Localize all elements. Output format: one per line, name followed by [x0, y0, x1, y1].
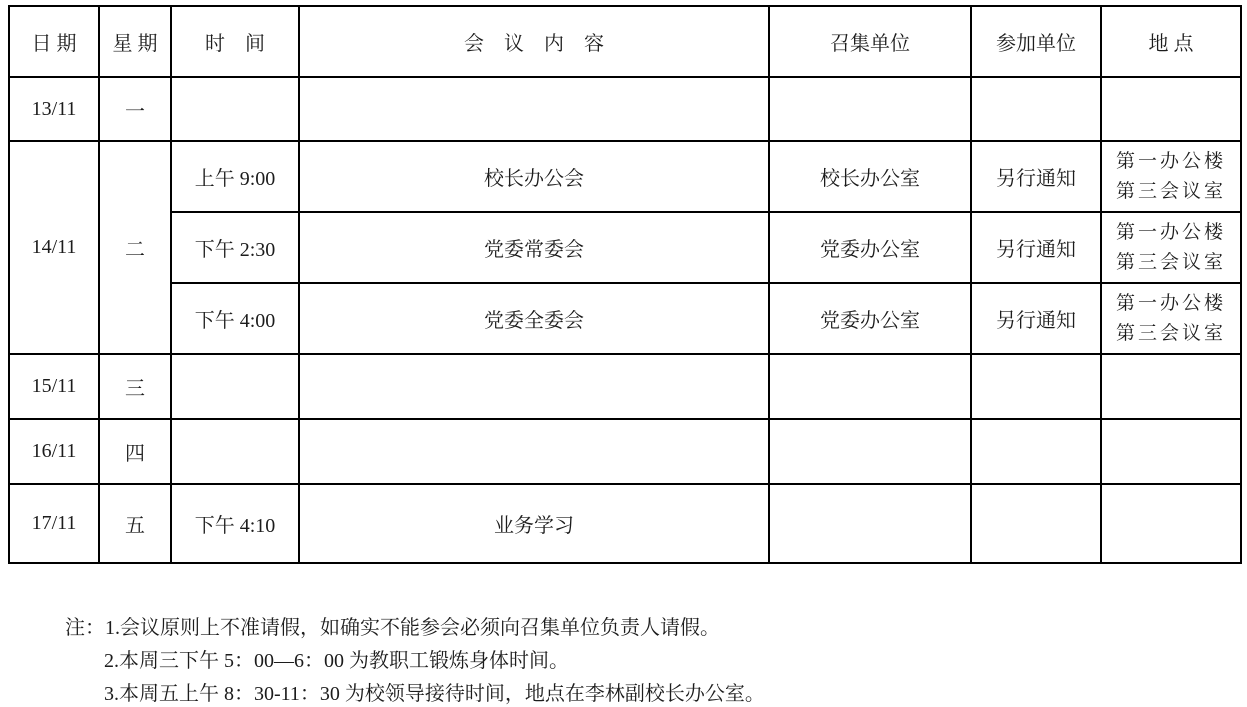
table-header-row: 日 期 星 期 时 间 会 议 内 容 召集单位 参加单位 地 点: [9, 6, 1241, 77]
location-cell: [1101, 419, 1241, 484]
header-content: 会 议 内 容: [299, 6, 769, 77]
location-line-1: 第一办公楼: [1104, 218, 1238, 247]
header-weekday: 星 期: [99, 6, 171, 77]
content-cell: 党委常委会: [299, 212, 769, 283]
header-location: 地 点: [1101, 6, 1241, 77]
time-cell: 下午 4:10: [171, 484, 299, 563]
note-line-2: 2.本周三下午 5：00—6：00 为教职工锻炼身体时间。: [104, 645, 765, 678]
table-row: 15/11 三: [9, 354, 1241, 419]
location-line-1: 第一办公楼: [1104, 289, 1238, 318]
location-cell: 第一办公楼 第三会议室: [1101, 212, 1241, 283]
convener-cell: 党委办公室: [769, 283, 971, 354]
location-cell: 第一办公楼 第三会议室: [1101, 141, 1241, 212]
meeting-schedule-sheet: 日 期 星 期 时 间 会 议 内 容 召集单位 参加单位 地 点 13/11 …: [0, 0, 1247, 707]
time-cell: 下午 2:30: [171, 212, 299, 283]
weekday-cell: 二: [99, 141, 171, 354]
convener-cell: [769, 77, 971, 141]
participants-cell: 另行通知: [971, 212, 1101, 283]
convener-cell: [769, 419, 971, 484]
location-line-2: 第三会议室: [1104, 248, 1238, 277]
convener-cell: [769, 484, 971, 563]
time-cell: [171, 77, 299, 141]
participants-cell: [971, 354, 1101, 419]
participants-cell: 另行通知: [971, 283, 1101, 354]
location-cell: [1101, 354, 1241, 419]
location-cell: [1101, 77, 1241, 141]
location-line-2: 第三会议室: [1104, 177, 1238, 206]
note-text-1: 1.会议原则上不准请假，如确实不能参会必须向召集单位负责人请假。: [105, 617, 720, 639]
note-line-1: 注：1.会议原则上不准请假，如确实不能参会必须向召集单位负责人请假。: [65, 612, 765, 645]
content-cell: 校长办公会: [299, 141, 769, 212]
convener-cell: 党委办公室: [769, 212, 971, 283]
location-line-2: 第三会议室: [1104, 319, 1238, 348]
participants-cell: [971, 484, 1101, 563]
date-cell: 14/11: [9, 141, 99, 354]
date-cell: 17/11: [9, 484, 99, 563]
location-cell: 第一办公楼 第三会议室: [1101, 283, 1241, 354]
time-cell: [171, 354, 299, 419]
notes-section: 注：1.会议原则上不准请假，如确实不能参会必须向召集单位负责人请假。 2.本周三…: [65, 612, 765, 707]
header-date: 日 期: [9, 6, 99, 77]
content-cell: [299, 77, 769, 141]
convener-cell: 校长办公室: [769, 141, 971, 212]
content-cell: [299, 419, 769, 484]
notes-label: 注：: [65, 617, 105, 639]
table-row: 下午 4:00 党委全委会 党委办公室 另行通知 第一办公楼 第三会议室: [9, 283, 1241, 354]
weekday-cell: 五: [99, 484, 171, 563]
weekday-cell: 三: [99, 354, 171, 419]
table-row: 16/11 四: [9, 419, 1241, 484]
convener-cell: [769, 354, 971, 419]
date-cell: 15/11: [9, 354, 99, 419]
meeting-schedule-table: 日 期 星 期 时 间 会 议 内 容 召集单位 参加单位 地 点 13/11 …: [8, 5, 1242, 564]
content-cell: 业务学习: [299, 484, 769, 563]
participants-cell: [971, 419, 1101, 484]
participants-cell: [971, 77, 1101, 141]
table-row: 14/11 二 上午 9:00 校长办公会 校长办公室 另行通知 第一办公楼 第…: [9, 141, 1241, 212]
time-cell: [171, 419, 299, 484]
date-cell: 16/11: [9, 419, 99, 484]
content-cell: [299, 354, 769, 419]
header-convener: 召集单位: [769, 6, 971, 77]
weekday-cell: 四: [99, 419, 171, 484]
location-line-1: 第一办公楼: [1104, 147, 1238, 176]
location-cell: [1101, 484, 1241, 563]
time-cell: 下午 4:00: [171, 283, 299, 354]
table-row: 17/11 五 下午 4:10 业务学习: [9, 484, 1241, 563]
participants-cell: 另行通知: [971, 141, 1101, 212]
weekday-cell: 一: [99, 77, 171, 141]
content-cell: 党委全委会: [299, 283, 769, 354]
header-participants: 参加单位: [971, 6, 1101, 77]
table-row: 13/11 一: [9, 77, 1241, 141]
table-row: 下午 2:30 党委常委会 党委办公室 另行通知 第一办公楼 第三会议室: [9, 212, 1241, 283]
date-cell: 13/11: [9, 77, 99, 141]
note-line-3: 3.本周五上午 8：30-11：30 为校领导接待时间，地点在李林副校长办公室。: [104, 678, 765, 707]
header-time: 时 间: [171, 6, 299, 77]
time-cell: 上午 9:00: [171, 141, 299, 212]
